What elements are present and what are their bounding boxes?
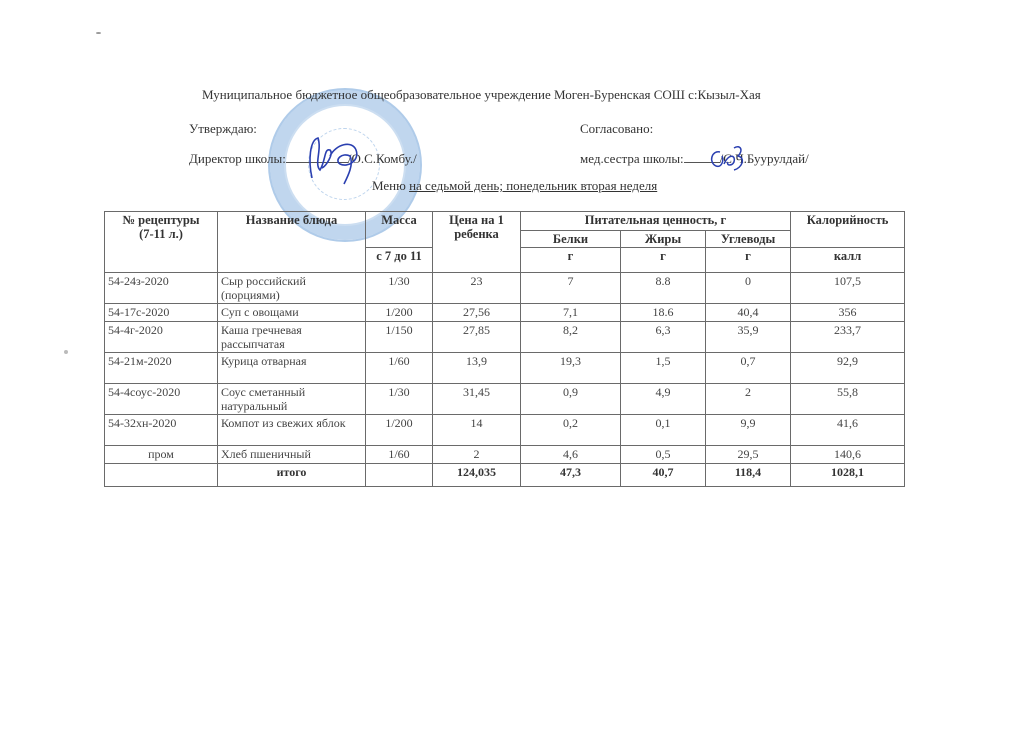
header-proteins: Белки [521,231,621,248]
cell-dish: Сыр российский (порциями) [218,273,366,304]
cell-recipe: пром [105,446,218,464]
table-row: 54-4г-2020Каша гречневая рассыпчатая1/15… [105,322,905,353]
cell-fats: 1,5 [621,353,706,384]
menu-day: на седьмой день; понедельник вторая неде… [409,178,657,193]
signature-blank [286,150,348,163]
table-row: 54-4соус-2020Соус сметанный натуральный1… [105,384,905,415]
table-row: 54-32хн-2020Компот из свежих яблок1/2001… [105,415,905,446]
cell-price: 27,85 [433,322,521,353]
header-dish-name: Название блюда [218,212,366,273]
total-row: итого 124,035 47,3 40,7 118,4 1028,1 [105,464,905,487]
cell-dish: Компот из свежих яблок [218,415,366,446]
cell-price: 13,9 [433,353,521,384]
total-proteins: 47,3 [521,464,621,487]
cell-carbs: 9,9 [706,415,791,446]
header-recipe-no: № рецептуры(7-11 л.) [105,212,218,273]
header-mass: Масса [366,212,433,248]
header-calories: Калорийность [791,212,905,248]
cell-calories: 233,7 [791,322,905,353]
organization-name: Муниципальное бюджетное общеобразователь… [202,87,761,103]
cell-price: 2 [433,446,521,464]
agreed-label: Согласовано: [580,121,653,137]
signature-blank [684,150,720,163]
cell-fats: 6,3 [621,322,706,353]
nurse-label: мед.сестра школы: [580,151,684,166]
cell-carbs: 35,9 [706,322,791,353]
director-signature-line: Директор школы:/О.С.Комбу./ [189,150,417,167]
cell-dish: Суп с овощами [218,304,366,322]
cell-dish: Каша гречневая рассыпчатая [218,322,366,353]
total-calories: 1028,1 [791,464,905,487]
unit-fats: г [621,248,706,273]
cell-calories: 107,5 [791,273,905,304]
header-fats: Жиры [621,231,706,248]
cell-recipe: 54-4соус-2020 [105,384,218,415]
header-mass-age: с 7 до 11 [366,248,433,273]
total-fats: 40,7 [621,464,706,487]
cell-recipe: 54-32хн-2020 [105,415,218,446]
table-row: 54-21м-2020Курица отварная1/6013,919,31,… [105,353,905,384]
director-label: Директор школы: [189,151,286,166]
cell-dish: Соус сметанный натуральный [218,384,366,415]
scan-speck [64,350,68,354]
total-carbs: 118,4 [706,464,791,487]
menu-title: Меню на седьмой день; понедельник вторая… [372,178,657,194]
cell-proteins: 19,3 [521,353,621,384]
cell-calories: 140,6 [791,446,905,464]
menu-prefix: Меню [372,178,409,193]
cell-fats: 18.6 [621,304,706,322]
header-carbs: Углеводы [706,231,791,248]
unit-calories: калл [791,248,905,273]
approve-label: Утверждаю: [189,121,257,137]
cell-mass: 1/200 [366,415,433,446]
cell-fats: 4,9 [621,384,706,415]
table-row: 54-17с-2020Суп с овощами1/20027,567,118.… [105,304,905,322]
cell-recipe: 54-24з-2020 [105,273,218,304]
cell-mass: 1/60 [366,446,433,464]
unit-carbs: г [706,248,791,273]
cell-mass: 1/150 [366,322,433,353]
cell-fats: 0,1 [621,415,706,446]
cell-carbs: 2 [706,384,791,415]
cell-fats: 0,5 [621,446,706,464]
cell-proteins: 4,6 [521,446,621,464]
cell-calories: 92,9 [791,353,905,384]
cell-fats: 8.8 [621,273,706,304]
table-row: 54-24з-2020Сыр российский (порциями)1/30… [105,273,905,304]
header-price: Цена на 1 ребенка [433,212,521,273]
cell-proteins: 0,2 [521,415,621,446]
cell-calories: 356 [791,304,905,322]
cell-recipe: 54-21м-2020 [105,353,218,384]
cell-carbs: 0,7 [706,353,791,384]
cell-price: 27,56 [433,304,521,322]
cell-calories: 41,6 [791,415,905,446]
cell-mass: 1/200 [366,304,433,322]
cell-mass: 1/30 [366,273,433,304]
cell-proteins: 0,9 [521,384,621,415]
cell-price: 23 [433,273,521,304]
cell-proteins: 8,2 [521,322,621,353]
header-nutrition: Питательная ценность, г [521,212,791,231]
director-name: /О.С.Комбу./ [348,151,417,166]
cell-mass: 1/30 [366,384,433,415]
cell-price: 14 [433,415,521,446]
cell-price: 31,45 [433,384,521,415]
cell-dish: Хлеб пшеничный [218,446,366,464]
scan-speck [96,32,101,34]
cell-recipe: 54-4г-2020 [105,322,218,353]
cell-calories: 55,8 [791,384,905,415]
cell-proteins: 7 [521,273,621,304]
nurse-signature-line: мед.сестра школы:/С.Ч.Буурулдай/ [580,150,809,167]
cell-carbs: 40,4 [706,304,791,322]
total-label: итого [218,464,366,487]
cell-mass: 1/60 [366,353,433,384]
cell-proteins: 7,1 [521,304,621,322]
cell-carbs: 0 [706,273,791,304]
cell-dish: Курица отварная [218,353,366,384]
cell-recipe: 54-17с-2020 [105,304,218,322]
total-empty [366,464,433,487]
table-row: промХлеб пшеничный1/6024,60,529,5140,6 [105,446,905,464]
menu-table: № рецептуры(7-11 л.) Название блюда Масс… [104,211,905,487]
cell-carbs: 29,5 [706,446,791,464]
nurse-name: /С.Ч.Буурулдай/ [720,151,809,166]
unit-proteins: г [521,248,621,273]
total-empty [105,464,218,487]
total-price: 124,035 [433,464,521,487]
